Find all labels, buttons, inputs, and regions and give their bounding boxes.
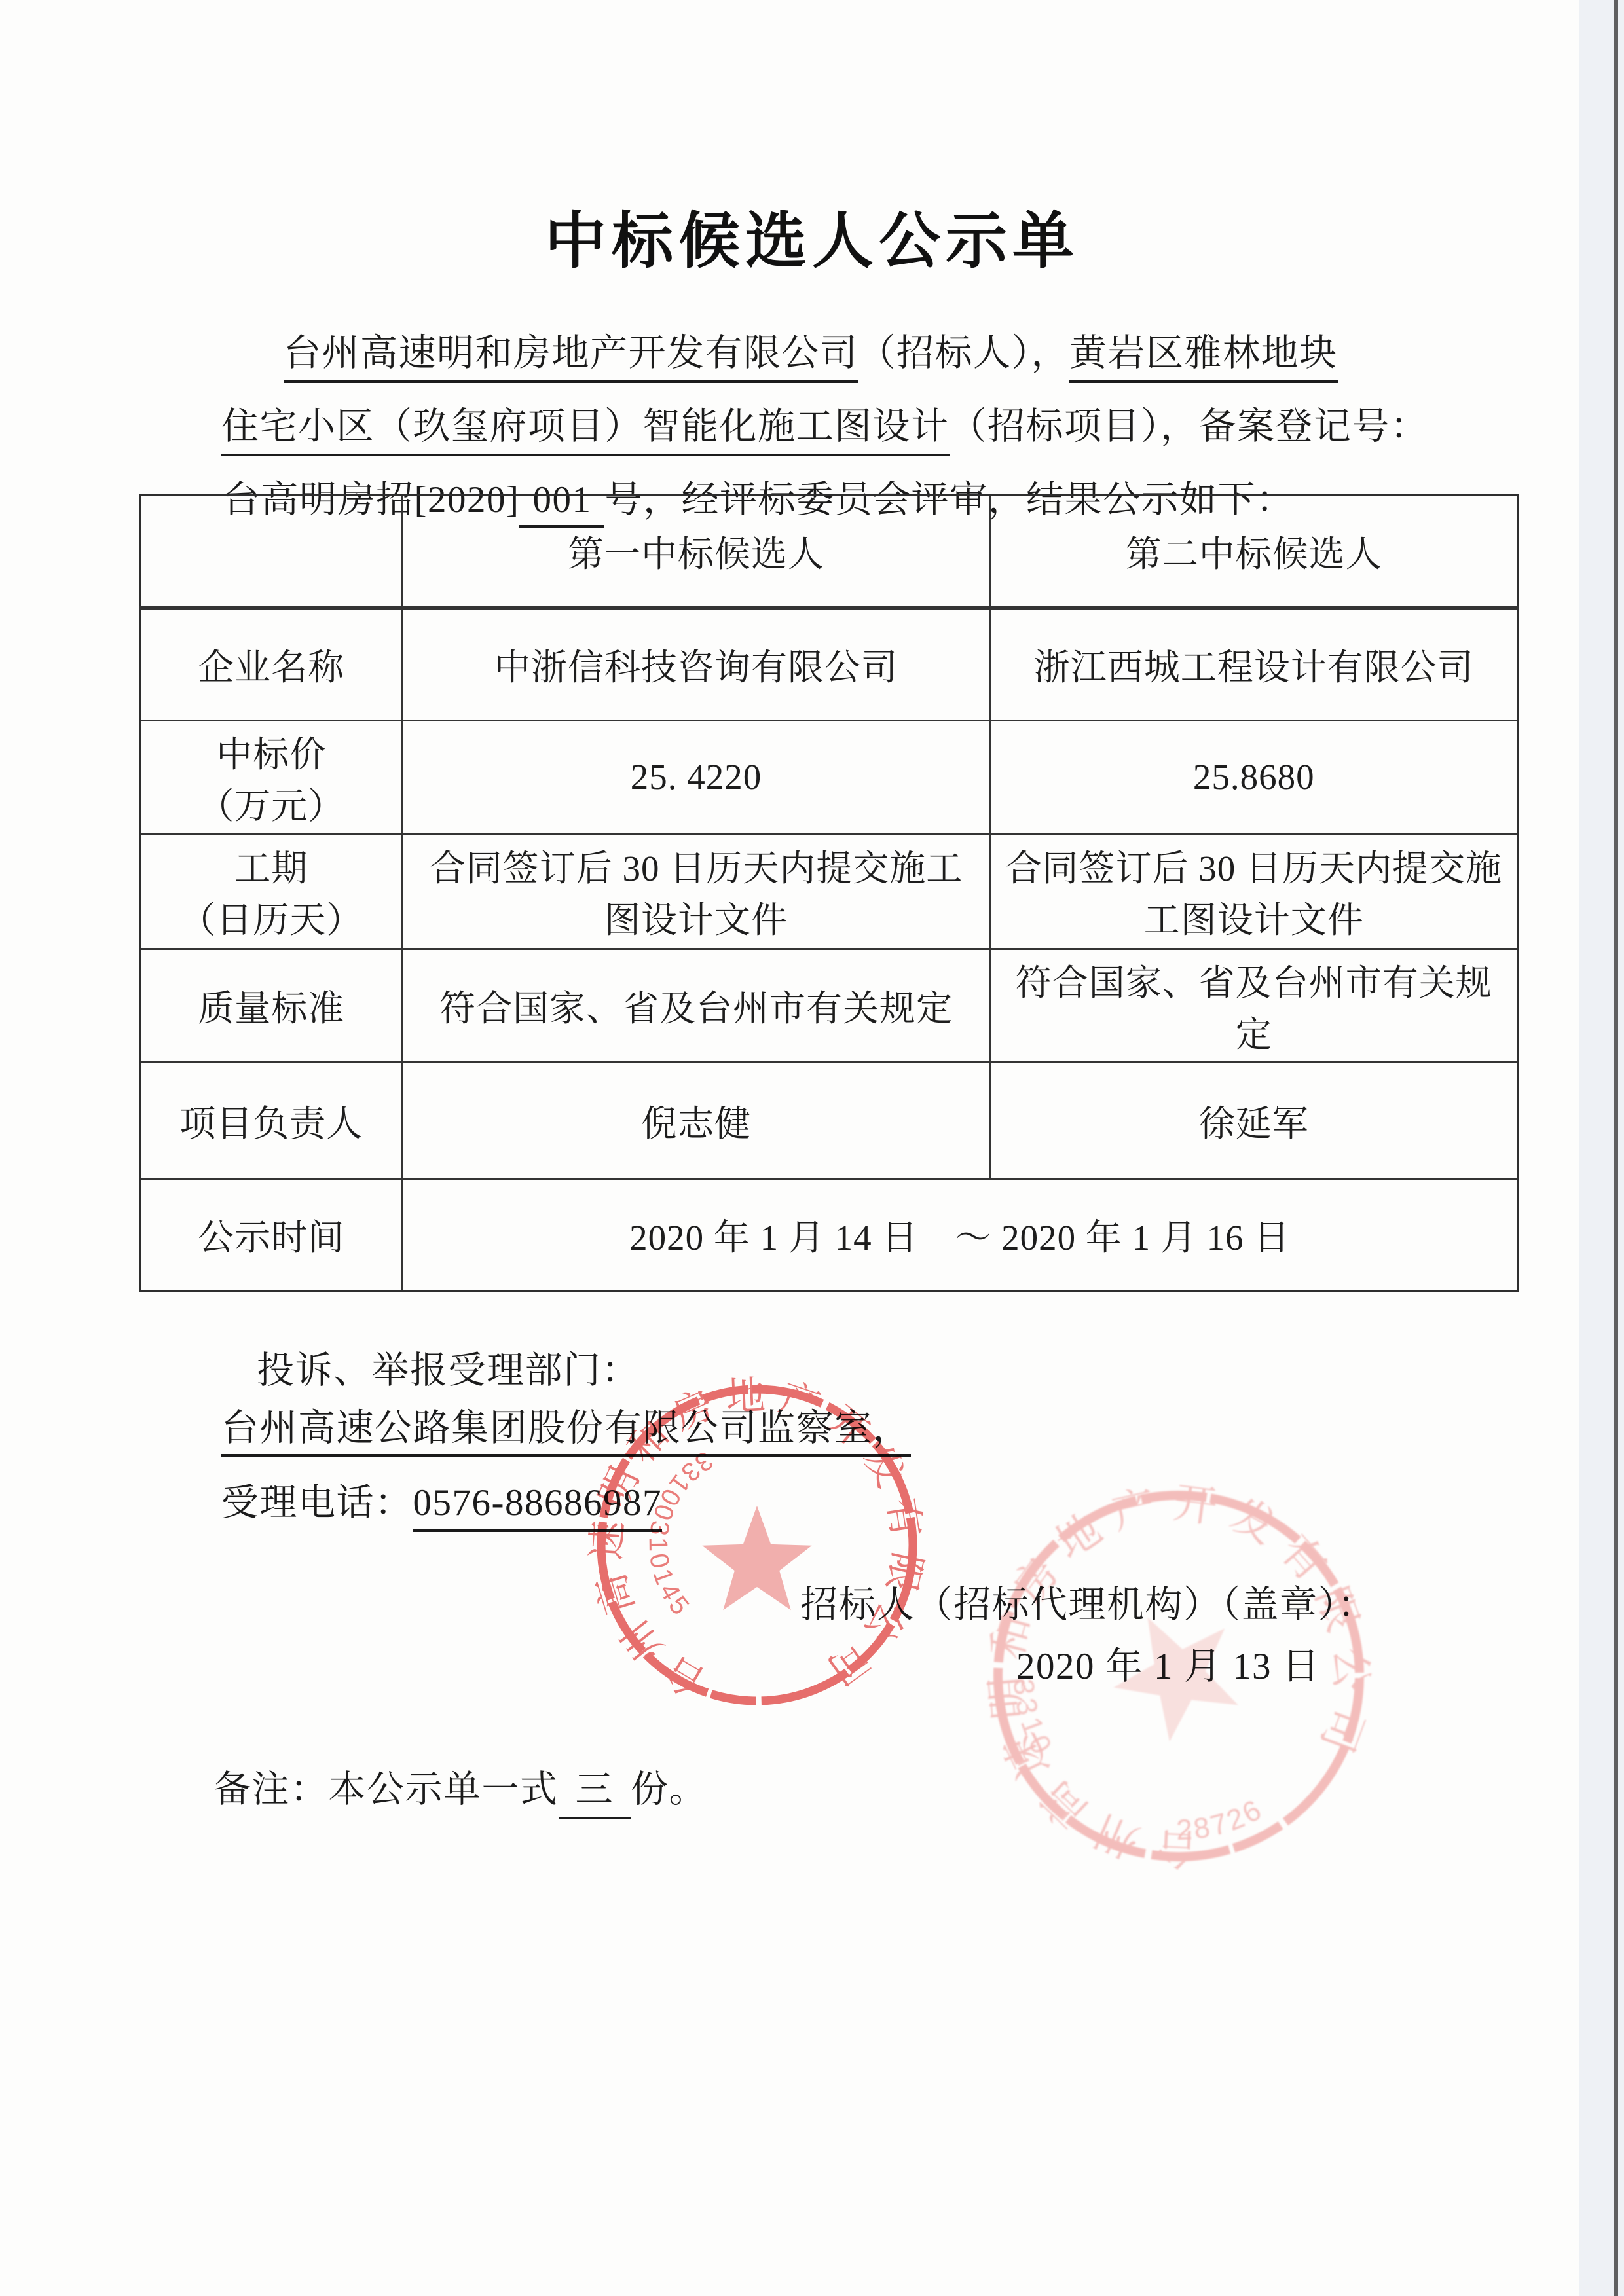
seal-right-group: 台州高速明和房地产开发有限公司 28726 3310 <box>969 1467 1388 1886</box>
duration-label-line2: （日历天） <box>152 891 391 943</box>
tenderer-suffix: （招标人）， <box>858 333 1070 374</box>
price-first: 25. 4220 <box>402 720 990 833</box>
duration-label: 工期 （日历天） <box>140 833 402 949</box>
publicity-row: 公示时间 2020 年 1 月 14 日 ～ 2020 年 1 月 16 日 <box>140 1178 1518 1291</box>
price-label-line2: （万元） <box>152 777 391 829</box>
intro-line-1: 台州高速明和房地产开发有限公司（招标人），黄岩区雅林地块 <box>284 323 1338 376</box>
duration-second: 合同签订后 30 日历天内提交施工图设计文件 <box>990 833 1518 949</box>
official-seal-left-icon: 台州高速明和房地产开发有限公司 331003101456 <box>574 1362 940 1728</box>
scanner-edge-line <box>1614 0 1618 2296</box>
project-location: 黄岩区雅林地块 <box>1069 333 1338 383</box>
scanned-document-page: 中标候选人公示单 台州高速明和房地产开发有限公司（招标人），黄岩区雅林地块 住宅… <box>0 0 1624 2296</box>
manager-first: 倪志健 <box>402 1062 990 1178</box>
header-second-candidate: 第二中标候选人 <box>990 495 1518 608</box>
page-title: 中标候选人公示单 <box>0 191 1624 280</box>
manager-row: 项目负责人 倪志健 徐延军 <box>140 1062 1518 1178</box>
phone-label: 受理电话： <box>221 1482 413 1523</box>
quality-label: 质量标准 <box>140 949 402 1062</box>
seal-left-star-icon <box>702 1506 811 1610</box>
manager-second: 徐延军 <box>990 1062 1518 1178</box>
seal-right-star-icon <box>1092 1588 1260 1753</box>
company-first: 中浙信科技咨询有限公司 <box>402 608 990 720</box>
publicity-label: 公示时间 <box>140 1178 402 1291</box>
table-header-row: 第一中标候选人 第二中标候选人 <box>140 495 1518 608</box>
price-label-line1: 中标价 <box>152 725 391 777</box>
quality-second: 符合国家、省及台州市有关规定 <box>990 949 1518 1062</box>
note-line: 备注：本公示单一式三份。 <box>213 1759 707 1819</box>
project-name: 住宅小区（玖玺府项目）智能化施工图设计 <box>221 406 950 456</box>
note-prefix: 备注：本公示单一式 <box>213 1769 559 1810</box>
quality-row: 质量标准 符合国家、省及台州市有关规定 符合国家、省及台州市有关规定 <box>140 949 1518 1062</box>
company-second: 浙江西城工程设计有限公司 <box>990 608 1518 720</box>
quality-first: 符合国家、省及台州市有关规定 <box>402 949 990 1062</box>
price-row: 中标价 （万元） 25. 4220 25.8680 <box>140 720 1518 833</box>
manager-label: 项目负责人 <box>140 1062 402 1178</box>
official-seal-right-icon: 台州高速明和房地产开发有限公司 28726 3310 <box>969 1467 1388 1886</box>
note-suffix: 份。 <box>631 1769 707 1810</box>
header-empty-cell <box>140 495 402 608</box>
seal-left-group: 台州高速明和房地产开发有限公司 331003101456 <box>584 1373 931 1705</box>
duration-row: 工期 （日历天） 合同签订后 30 日历天内提交施工图设计文件 合同签订后 30… <box>140 833 1518 949</box>
publicity-period: 2020 年 1 月 14 日 ～ 2020 年 1 月 16 日 <box>402 1178 1518 1291</box>
header-first-candidate: 第一中标候选人 <box>402 495 990 608</box>
tenderer-name: 台州高速明和房地产开发有限公司 <box>284 333 858 383</box>
duration-first: 合同签订后 30 日历天内提交施工图设计文件 <box>402 833 990 949</box>
company-row: 企业名称 中浙信科技咨询有限公司 浙江西城工程设计有限公司 <box>140 608 1518 720</box>
price-label: 中标价 （万元） <box>140 720 402 833</box>
note-copies-blank: 三 <box>559 1759 631 1819</box>
project-suffix: （招标项目），备案登记号： <box>950 406 1429 447</box>
company-label: 企业名称 <box>140 608 402 720</box>
bid-results-table: 第一中标候选人 第二中标候选人 企业名称 中浙信科技咨询有限公司 浙江西城工程设… <box>139 494 1519 1292</box>
price-second: 25.8680 <box>990 720 1518 833</box>
intro-line-2: 住宅小区（玖玺府项目）智能化施工图设计（招标项目），备案登记号： <box>221 396 1429 450</box>
duration-label-line1: 工期 <box>152 839 391 891</box>
